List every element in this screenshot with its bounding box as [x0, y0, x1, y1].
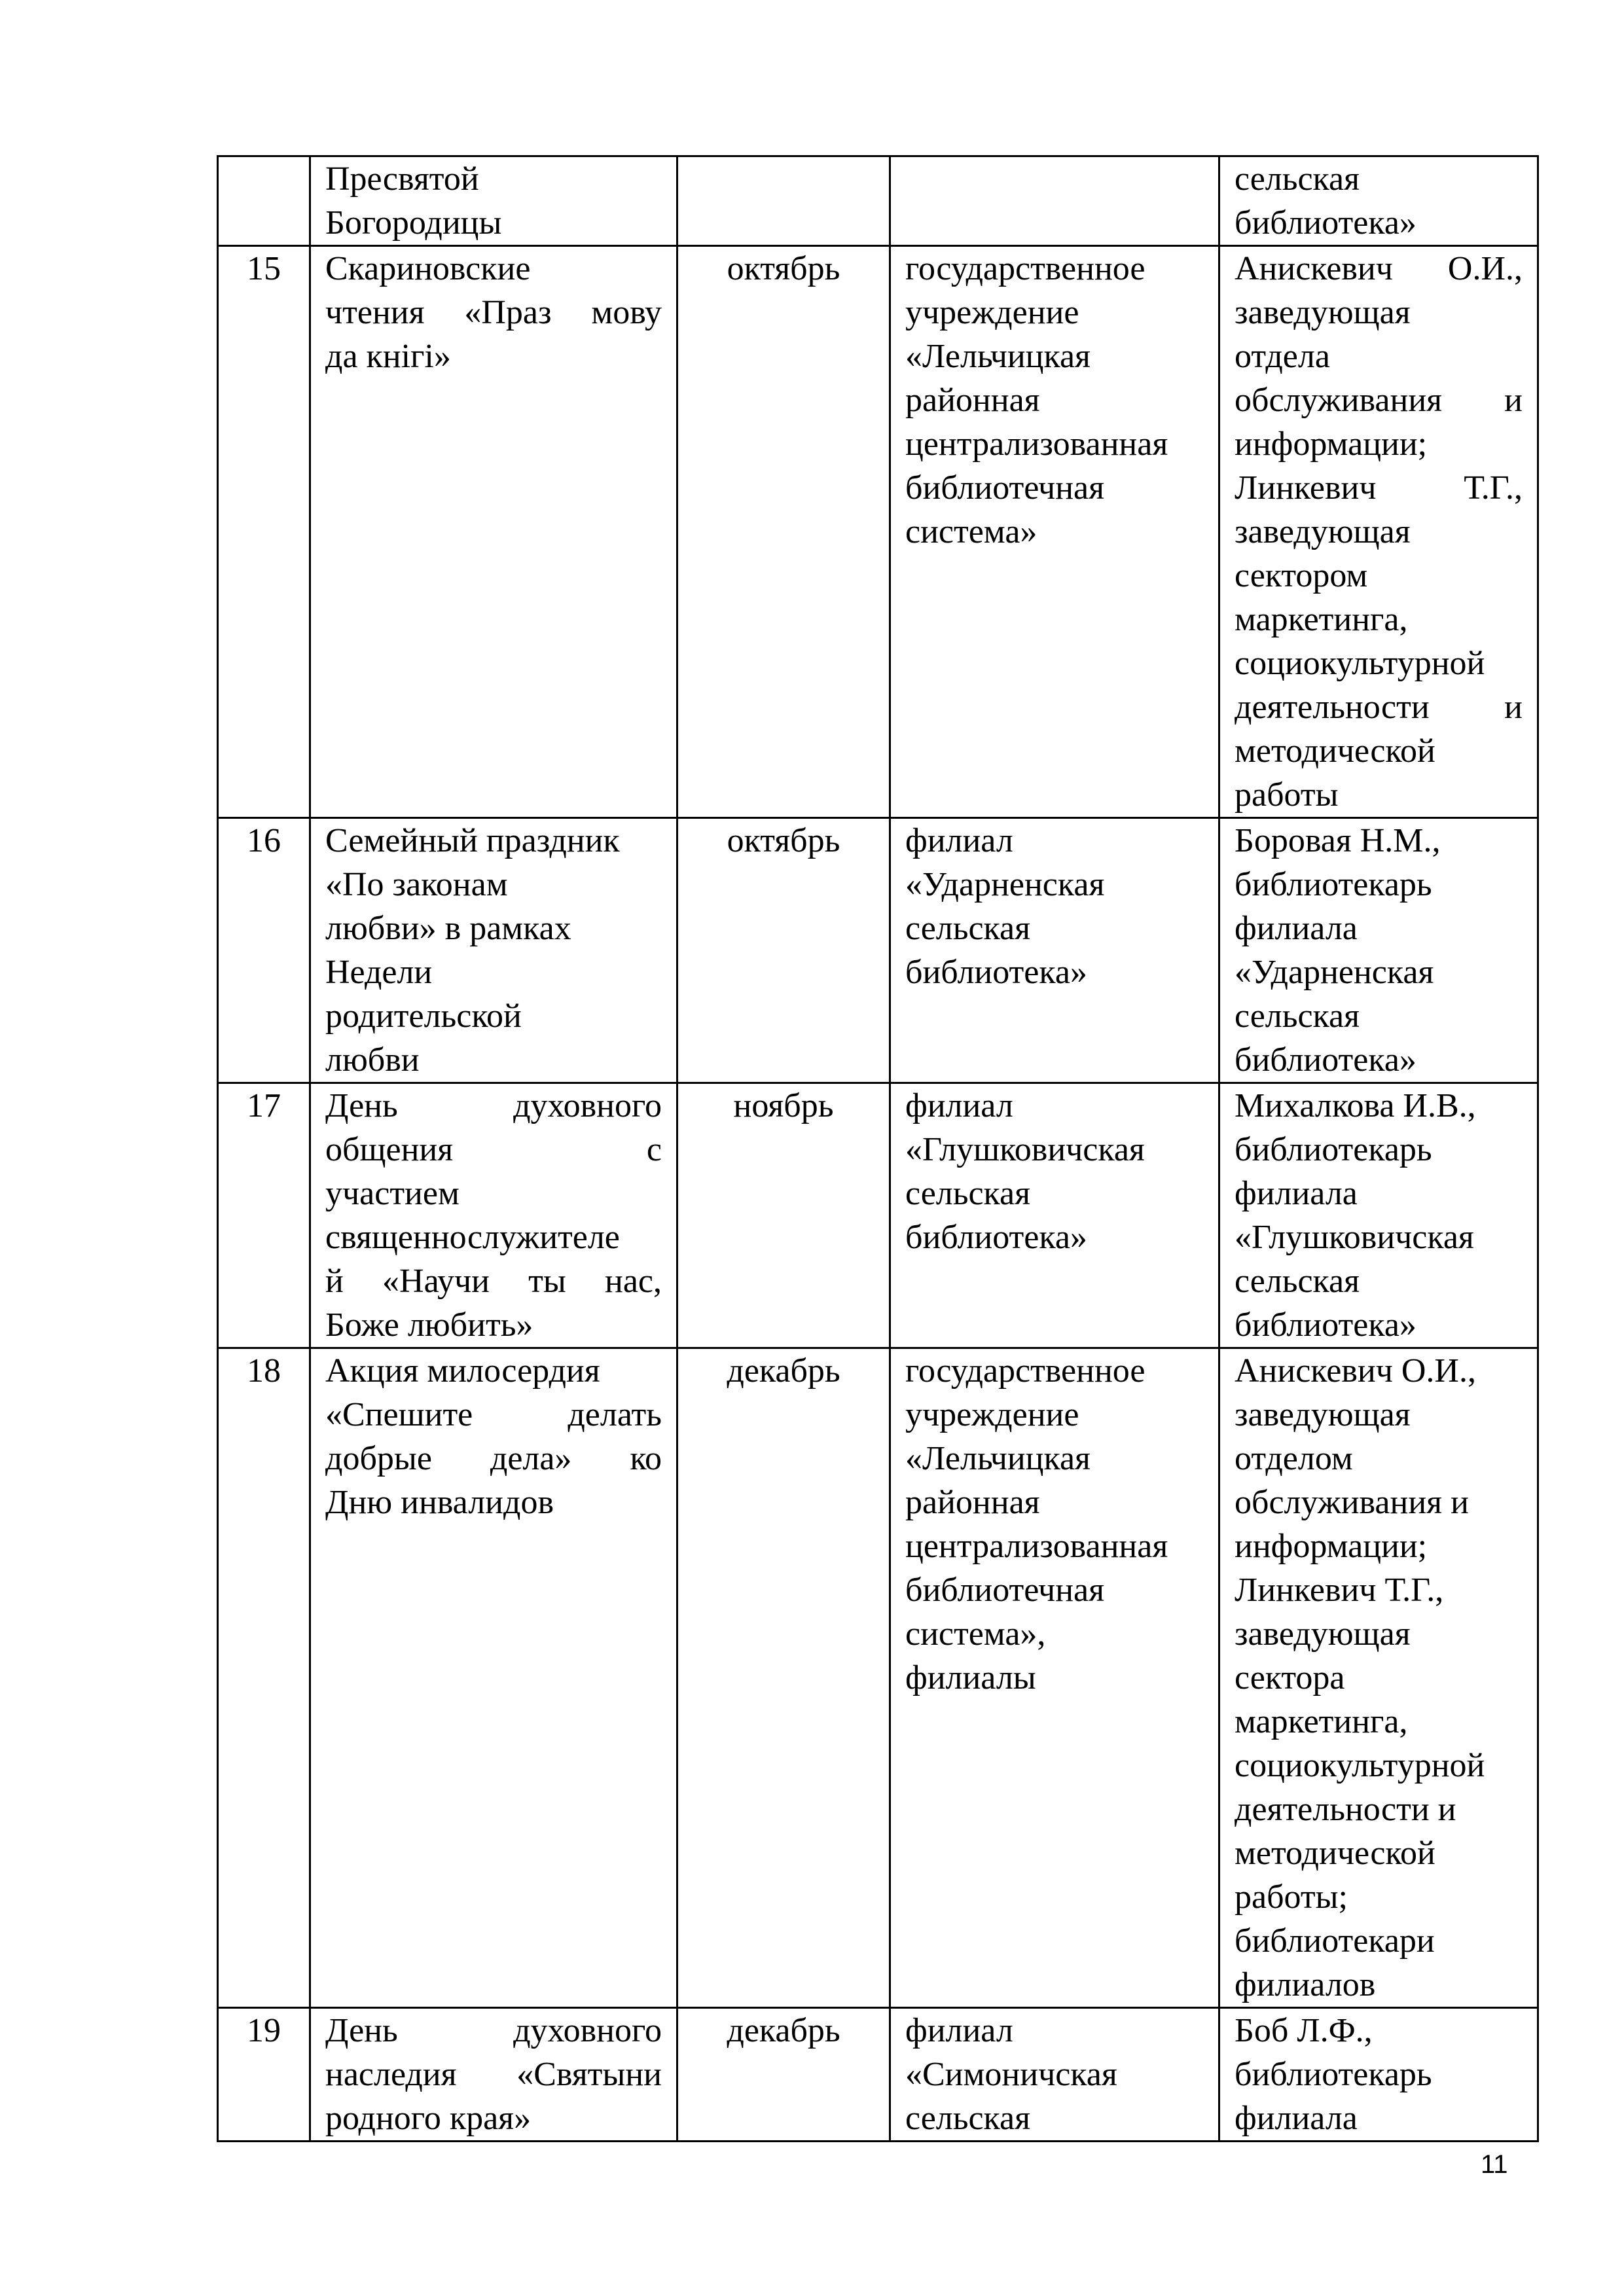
event-place-cell-line: библиотечная	[905, 1568, 1204, 1612]
table-row: 18Акция милосердия«Спешите делатьдобрые …	[218, 1348, 1538, 2008]
responsible-cell-line: заведующая	[1235, 1393, 1523, 1437]
responsible-cell: Боб Л.Ф.,библиотекарьфилиала	[1219, 2008, 1538, 2142]
responsible-cell-line: филиала	[1235, 2096, 1523, 2140]
event-place-cell-line: сельская	[905, 906, 1204, 950]
event-place-cell-line: централизованная	[905, 422, 1204, 466]
responsible-cell-line: заведующая	[1235, 510, 1523, 554]
event-place-cell-line: «Ударненская	[905, 863, 1204, 906]
responsible-cell-line: Боб Л.Ф.,	[1235, 2009, 1523, 2053]
event-date-cell: декабрь	[677, 1348, 890, 2008]
responsible-cell-line: библиотекарь	[1235, 1128, 1523, 1172]
event-place-cell: филиал«Глушковичскаясельскаябиблиотека»	[890, 1083, 1219, 1348]
responsible-cell-line: деятельности и	[1235, 1787, 1523, 1831]
event-name-cell: День духовногообщения сучастиемсвященнос…	[310, 1083, 677, 1348]
responsible-cell-line: Анискевич О.И.,	[1235, 1349, 1523, 1393]
event-place-cell-line: централизованная	[905, 1524, 1204, 1568]
responsible-cell-line: социокультурной	[1235, 641, 1523, 685]
responsible-cell-line: Анискевич О.И.,	[1235, 247, 1523, 291]
row-number-cell	[218, 156, 310, 246]
table-row: 19День духовногонаследия «Святыниродного…	[218, 2008, 1538, 2142]
responsible-cell-line: методической	[1235, 1831, 1523, 1875]
event-place-cell	[890, 156, 1219, 246]
event-place-cell-line: библиотечная	[905, 466, 1204, 510]
responsible-cell-line: филиала	[1235, 906, 1523, 950]
event-name-cell: Акция милосердия«Спешите делатьдобрые де…	[310, 1348, 677, 2008]
document-page: ПресвятойБогородицысельскаябиблиотека»15…	[0, 0, 1624, 2296]
responsible-cell-line: библиотекари	[1235, 1919, 1523, 1963]
responsible-cell-line: Линкевич Т.Г.,	[1235, 1568, 1523, 1612]
responsible-cell-line: маркетинга,	[1235, 1700, 1523, 1744]
responsible-cell: Боровая Н.М.,библиотекарьфилиала«Ударнен…	[1219, 818, 1538, 1083]
row-number-cell: 17	[218, 1083, 310, 1348]
responsible-cell-line: библиотека»	[1235, 201, 1523, 245]
event-name-cell-line: Пресвятой	[325, 157, 662, 201]
event-place-cell-line: система»,	[905, 1612, 1204, 1656]
row-number-cell: 15	[218, 246, 310, 818]
responsible-cell-line: библиотека»	[1235, 1038, 1523, 1082]
event-place-cell: государственноеучреждение«Лельчицкаярайо…	[890, 246, 1219, 818]
table-row: 17День духовногообщения сучастиемсвященн…	[218, 1083, 1538, 1348]
table-row: 15Скариновскиечтения «Праз мовуда кнігі»…	[218, 246, 1538, 818]
event-place-cell-line: «Глушковичская	[905, 1128, 1204, 1172]
responsible-cell-line: библиотекарь	[1235, 863, 1523, 906]
event-place-cell-line: сельская	[905, 1172, 1204, 1215]
responsible-cell: Анискевич О.И.,заведующаяотделаобслужива…	[1219, 246, 1538, 818]
event-place-cell-line: учреждение	[905, 291, 1204, 334]
event-name-cell-line: Дню инвалидов	[325, 1480, 662, 1524]
responsible-cell-line: Боровая Н.М.,	[1235, 819, 1523, 863]
responsible-cell-line: обслуживания и	[1235, 1480, 1523, 1524]
event-date-cell: октябрь	[677, 818, 890, 1083]
event-name-cell-line: добрые дела» ко	[325, 1437, 662, 1480]
responsible-cell-line: библиотекарь	[1235, 2053, 1523, 2096]
responsible-cell-line: социокультурной	[1235, 1744, 1523, 1787]
responsible-cell-line: сельская	[1235, 157, 1523, 201]
row-number-cell: 18	[218, 1348, 310, 2008]
event-name-cell-line: «Спешите делать	[325, 1393, 662, 1437]
responsible-cell-line: библиотека»	[1235, 1303, 1523, 1347]
event-name-cell: День духовногонаследия «Святыниродного к…	[310, 2008, 677, 2142]
event-name-cell-line: День духовного	[325, 1084, 662, 1128]
event-place-cell-line: сельская	[905, 2096, 1204, 2140]
event-name-cell-line: Богородицы	[325, 201, 662, 245]
responsible-cell-line: работы	[1235, 773, 1523, 817]
responsible-cell-line: обслуживания и	[1235, 378, 1523, 422]
responsible-cell-line: деятельности и	[1235, 685, 1523, 729]
event-place-cell-line: «Лельчицкая	[905, 1437, 1204, 1480]
event-name-cell: ПресвятойБогородицы	[310, 156, 677, 246]
responsible-cell-line: сельская	[1235, 994, 1523, 1038]
row-number-cell: 19	[218, 2008, 310, 2142]
event-name-cell-line: участием	[325, 1172, 662, 1215]
event-name-cell-line: Скариновские	[325, 247, 662, 291]
event-place-cell-line: «Лельчицкая	[905, 334, 1204, 378]
event-date-cell: ноябрь	[677, 1083, 890, 1348]
event-name-cell-line: родного края»	[325, 2096, 662, 2140]
event-name-cell-line: Акция милосердия	[325, 1349, 662, 1393]
event-place-cell-line: государственное	[905, 1349, 1204, 1393]
event-name-cell-line: наследия «Святыни	[325, 2053, 662, 2096]
event-name-cell: Семейный праздник«По законамлюбви» в рам…	[310, 818, 677, 1083]
event-name-cell-line: «По законам	[325, 863, 662, 906]
event-place-cell-line: система»	[905, 510, 1204, 554]
responsible-cell-line: заведующая	[1235, 1612, 1523, 1656]
responsible-cell-line: Линкевич Т.Г.,	[1235, 466, 1523, 510]
event-place-cell-line: филиал	[905, 1084, 1204, 1128]
responsible-cell-line: сельская	[1235, 1259, 1523, 1303]
page-number: 11	[1481, 2149, 1508, 2180]
event-place-cell: филиал«Симоничскаясельская	[890, 2008, 1219, 2142]
table-body: ПресвятойБогородицысельскаябиблиотека»15…	[218, 156, 1538, 2142]
responsible-cell-line: сектора	[1235, 1656, 1523, 1700]
responsible-cell: Анискевич О.И.,заведующаяотделомобслужив…	[1219, 1348, 1538, 2008]
event-place-cell: государственноеучреждение«Лельчицкаярайо…	[890, 1348, 1219, 2008]
event-place-cell: филиал«Ударненскаясельскаябиблиотека»	[890, 818, 1219, 1083]
responsible-cell-line: филиала	[1235, 1172, 1523, 1215]
responsible-cell-line: заведующая	[1235, 291, 1523, 334]
event-place-cell-line: филиал	[905, 2009, 1204, 2053]
event-name-cell-line: родительской	[325, 994, 662, 1038]
responsible-cell: сельскаябиблиотека»	[1219, 156, 1538, 246]
row-number-cell: 16	[218, 818, 310, 1083]
event-place-cell-line: филиал	[905, 819, 1204, 863]
table-row: ПресвятойБогородицысельскаябиблиотека»	[218, 156, 1538, 246]
event-name-cell-line: общения с	[325, 1128, 662, 1172]
responsible-cell-line: отдела	[1235, 334, 1523, 378]
event-place-cell-line: учреждение	[905, 1393, 1204, 1437]
event-name-cell-line: День духовного	[325, 2009, 662, 2053]
table-row: 16Семейный праздник«По законамлюбви» в р…	[218, 818, 1538, 1083]
responsible-cell: Михалкова И.В.,библиотекарьфилиала«Глушк…	[1219, 1083, 1538, 1348]
responsible-cell-line: методической	[1235, 729, 1523, 773]
event-date-cell: октябрь	[677, 246, 890, 818]
responsible-cell-line: маркетинга,	[1235, 598, 1523, 641]
event-date-cell	[677, 156, 890, 246]
event-name-cell-line: Семейный праздник	[325, 819, 662, 863]
event-date-cell: декабрь	[677, 2008, 890, 2142]
events-plan-table: ПресвятойБогородицысельскаябиблиотека»15…	[217, 155, 1539, 2142]
event-place-cell-line: «Симоничская	[905, 2053, 1204, 2096]
event-name-cell-line: й «Научи ты нас,	[325, 1259, 662, 1303]
event-name-cell-line: любви» в рамках	[325, 906, 662, 950]
event-place-cell-line: библиотека»	[905, 1215, 1204, 1259]
event-name-cell-line: чтения «Праз мову	[325, 291, 662, 334]
event-place-cell-line: государственное	[905, 247, 1204, 291]
responsible-cell-line: работы;	[1235, 1875, 1523, 1919]
responsible-cell-line: филиалов	[1235, 1963, 1523, 2007]
responsible-cell-line: Михалкова И.В.,	[1235, 1084, 1523, 1128]
event-place-cell-line: филиалы	[905, 1656, 1204, 1700]
event-name-cell-line: Недели	[325, 950, 662, 994]
responsible-cell-line: сектором	[1235, 554, 1523, 598]
event-place-cell-line: районная	[905, 1480, 1204, 1524]
responsible-cell-line: «Ударненская	[1235, 950, 1523, 994]
event-place-cell-line: библиотека»	[905, 950, 1204, 994]
responsible-cell-line: информации;	[1235, 1524, 1523, 1568]
responsible-cell-line: информации;	[1235, 422, 1523, 466]
event-place-cell-line: районная	[905, 378, 1204, 422]
event-name-cell-line: да кнігі»	[325, 334, 662, 378]
event-name-cell-line: священнослужителе	[325, 1215, 662, 1259]
event-name-cell: Скариновскиечтения «Праз мовуда кнігі»	[310, 246, 677, 818]
event-name-cell-line: любви	[325, 1038, 662, 1082]
responsible-cell-line: отделом	[1235, 1437, 1523, 1480]
responsible-cell-line: «Глушковичская	[1235, 1215, 1523, 1259]
event-name-cell-line: Боже любить»	[325, 1303, 662, 1347]
